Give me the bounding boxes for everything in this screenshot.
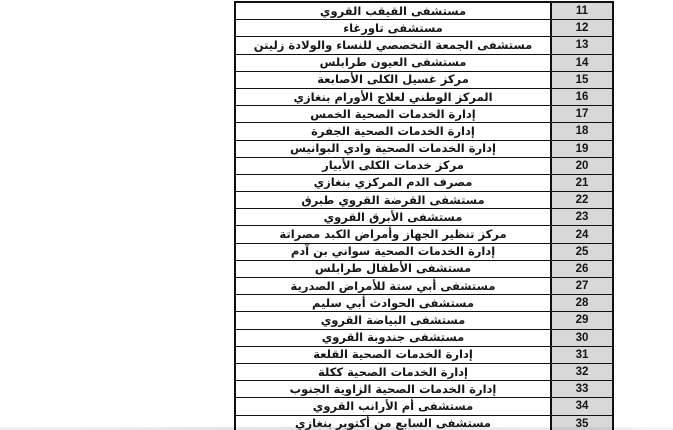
table-row: 19 إدارة الخدمات الصحية وادي البوانيس [236, 141, 612, 158]
hospital-name-cell: مستشفى أم الأرانب القروي [236, 398, 550, 414]
hospital-name-cell: مستشفى الأطفال طرابلس [236, 261, 550, 277]
table-row: 21 مصرف الدم المركزي بنغازي [236, 175, 612, 192]
hospital-name-cell: إدارة الخدمات الصحية سواني بن آدم [236, 244, 550, 260]
hospital-name-cell: مركز تنظير الجهاز وأمراض الكبد مصراتة [236, 226, 550, 242]
table-row: 23 مستشفى الأبرق القروي [236, 209, 612, 226]
table-row: 33 إدارة الخدمات الصحية الزاوية الجنوب [236, 381, 612, 398]
row-number-cell: 25 [550, 244, 612, 260]
row-number-cell: 18 [550, 123, 612, 139]
hospital-name-cell: مستشفى الجمعة التخصصي للنساء والولادة زل… [236, 37, 550, 53]
hospital-name-cell: إدارة الخدمات الصحية الجفرة [236, 123, 550, 139]
row-number-cell: 33 [550, 381, 612, 397]
table-row: 22 مستشفى القرضة القروي طبرق [236, 192, 612, 209]
row-number-cell: 23 [550, 209, 612, 225]
row-number-cell: 34 [550, 398, 612, 414]
table-row: 32 إدارة الخدمات الصحية ككلة [236, 364, 612, 381]
table-row: 25 إدارة الخدمات الصحية سواني بن آدم [236, 244, 612, 261]
hospital-name-cell: مستشفى الحوادث أبي سليم [236, 295, 550, 311]
row-number-cell: 20 [550, 158, 612, 174]
hospital-name-cell: المركز الوطني لعلاج الأورام بنغازي [236, 89, 550, 105]
hospital-name-cell: مركز غسيل الكلى الأصابعة [236, 72, 550, 88]
hospital-name-cell: إدارة الخدمات الصحية الزاوية الجنوب [236, 381, 550, 397]
hospital-name-cell: مستشفى العيون طرابلس [236, 55, 550, 71]
row-number-cell: 32 [550, 364, 612, 380]
table-row: 20 مركز خدمات الكلى الأبيار [236, 158, 612, 175]
row-number-cell: 26 [550, 261, 612, 277]
scanned-document-page: { "table": { "description_columns": ["ho… [0, 0, 673, 430]
row-number-cell: 16 [550, 89, 612, 105]
row-number-cell: 28 [550, 295, 612, 311]
row-number-cell: 17 [550, 106, 612, 122]
table-row: 29 مستشفى البياضة القروي [236, 312, 612, 329]
table-row: 14 مستشفى العيون طرابلس [236, 55, 612, 72]
hospital-name-cell: مستشفى القيقب القروي [236, 3, 550, 19]
table-row: 24 مركز تنظير الجهاز وأمراض الكبد مصراتة [236, 226, 612, 243]
hospital-name-cell: مركز خدمات الكلى الأبيار [236, 158, 550, 174]
row-number-cell: 21 [550, 175, 612, 191]
row-number-cell: 29 [550, 312, 612, 328]
table-row: 27 مستشفى أبي ستة للأمراض الصدرية [236, 278, 612, 295]
table-row: 15 مركز غسيل الكلى الأصابعة [236, 72, 612, 89]
hospital-name-cell: مستشفى القرضة القروي طبرق [236, 192, 550, 208]
hospital-name-cell: مستشفى أبي ستة للأمراض الصدرية [236, 278, 550, 294]
row-number-cell: 31 [550, 347, 612, 363]
row-number-cell: 24 [550, 226, 612, 242]
hospital-name-cell: إدارة الخدمات الصحية الخمس [236, 106, 550, 122]
hospital-name-cell: مستشفى الأبرق القروي [236, 209, 550, 225]
hospital-name-cell: مستشفى البياضة القروي [236, 312, 550, 328]
table-row: 30 مستشفى جندوبة القروي [236, 330, 612, 347]
row-number-cell: 11 [550, 3, 612, 19]
row-number-cell: 15 [550, 72, 612, 88]
table-row: 18 إدارة الخدمات الصحية الجفرة [236, 123, 612, 140]
table-row: 13 مستشفى الجمعة التخصصي للنساء والولادة… [236, 37, 612, 54]
hospital-name-cell: إدارة الخدمات الصحية وادي البوانيس [236, 141, 550, 157]
row-number-cell: 12 [550, 20, 612, 36]
row-number-cell: 22 [550, 192, 612, 208]
hospital-name-cell: مستشفى جندوبة القروي [236, 330, 550, 346]
table-row: 28 مستشفى الحوادث أبي سليم [236, 295, 612, 312]
hospital-name-cell: مستشفى تاورغاء [236, 20, 550, 36]
table-row: 16 المركز الوطني لعلاج الأورام بنغازي [236, 89, 612, 106]
table-row: 34 مستشفى أم الأرانب القروي [236, 398, 612, 415]
row-number-cell: 19 [550, 141, 612, 157]
hospital-name-cell: إدارة الخدمات الصحية ككلة [236, 364, 550, 380]
table-row: 17 إدارة الخدمات الصحية الخمس [236, 106, 612, 123]
row-number-cell: 13 [550, 37, 612, 53]
table-row: 12 مستشفى تاورغاء [236, 20, 612, 37]
hospitals-table: 11 مستشفى القيقب القروي 12 مستشفى تاورغا… [234, 1, 614, 430]
table-row: 31 إدارة الخدمات الصحية القلعة [236, 347, 612, 364]
table-row: 26 مستشفى الأطفال طرابلس [236, 261, 612, 278]
row-number-cell: 30 [550, 330, 612, 346]
row-number-cell: 14 [550, 55, 612, 71]
hospital-name-cell: إدارة الخدمات الصحية القلعة [236, 347, 550, 363]
row-number-cell: 27 [550, 278, 612, 294]
table-row: 11 مستشفى القيقب القروي [236, 3, 612, 20]
hospital-name-cell: مصرف الدم المركزي بنغازي [236, 175, 550, 191]
